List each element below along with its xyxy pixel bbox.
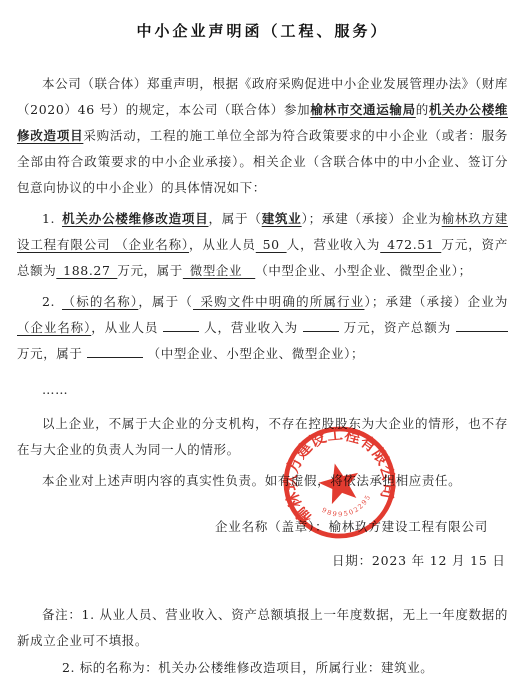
text-segment: 以上企业，不属于大企业的分支机构，不存在控股股东为大企业的情形，也不存在与大企业…: [17, 416, 508, 457]
no-big-enterprise-paragraph: 以上企业，不属于大企业的分支机构，不存在控股股东为大企业的情形，也不存在与大企业…: [17, 411, 508, 463]
intro-paragraph: 本公司（联合体）郑重声明，根据《政府采购促进中小企业发展管理办法》（财库（202…: [17, 71, 508, 201]
blank-field: [456, 320, 508, 332]
text-segment: （企业名称）: [17, 320, 91, 335]
text-segment: （中型企业、小型企业、微型企业）；: [255, 263, 471, 278]
text-segment: 榆林市交通运输局: [310, 102, 415, 117]
text-segment: ……: [42, 382, 68, 397]
text-segment: 188.27: [56, 263, 117, 278]
signature-date-line: 日期：2023 年 12 月 15 日: [17, 548, 508, 574]
signature-block: 企业名称（盖章）：榆林玖方建设工程有限公司 日期：2023 年 12 月 15 …: [17, 514, 508, 574]
text-segment: 万元，资产总额为: [339, 320, 456, 335]
text-segment: （中型企业、小型企业、微型企业）；: [143, 346, 364, 361]
text-segment: 人，营业收入为: [199, 320, 303, 335]
truthfulness-paragraph: 本企业对上述声明内容的真实性负责。如有虚假，将依法承担相应责任。: [17, 468, 508, 494]
text-segment: 的: [416, 102, 429, 117]
remark-1: 备注：1. 从业人员、营业收入、资产总额填报上一年度数据，无上一年度数据的新成立…: [17, 602, 508, 654]
text-segment: ，属于（: [209, 211, 262, 226]
text-segment: 微型企业: [183, 263, 255, 278]
text-segment: ）；承建（承接）企业为: [302, 211, 442, 226]
text-segment: 本企业对上述声明内容的真实性负责。如有虚假，将依法承担相应责任。: [42, 473, 461, 488]
text-segment: ，从业人员: [91, 320, 163, 335]
signature-company-line: 企业名称（盖章）：榆林玖方建设工程有限公司: [17, 514, 508, 540]
remark-2: 2. 标的名称为：机关办公楼维修改造项目，所属行业：建筑业。: [17, 655, 508, 676]
ellipsis-paragraph: ……: [17, 377, 508, 403]
text-segment: 2. 标的名称为：机关办公楼维修改造项目，所属行业：建筑业。: [62, 660, 433, 675]
item-2-paragraph: 2. （标的名称），属于（ 采购文件中明确的所属行业）；承建（承接）企业为（企业…: [17, 289, 508, 367]
text-segment: 万元，属于: [117, 263, 183, 278]
remarks: 备注：1. 从业人员、营业收入、资产总额填报上一年度数据，无上一年度数据的新成立…: [17, 602, 508, 676]
text-segment: 万元，属于: [17, 346, 87, 361]
text-segment: 50: [256, 237, 287, 252]
text-segment: 采购文件中明确的所属行业: [193, 294, 364, 309]
text-segment: 采购活动，工程的施工单位全部为符合政策要求的中小企业（或者：服务全部由符合政策要…: [17, 128, 508, 195]
blank-field: [87, 346, 143, 358]
text-segment: 472.51: [380, 237, 441, 252]
blank-field: [303, 320, 339, 332]
text-segment: 建筑业: [262, 211, 302, 226]
text-segment: 人，营业收入为: [287, 237, 381, 252]
text-segment: 2.: [42, 294, 62, 309]
blank-field: [163, 320, 199, 332]
text-segment: （标的名称）: [62, 294, 138, 309]
text-segment: ，从业人员: [189, 237, 256, 252]
text-segment: 机关办公楼维修改造项目: [62, 211, 209, 226]
text-segment: ）；承建（承接）企业为: [364, 294, 508, 309]
text-segment: ，属于（: [138, 294, 193, 309]
document-title: 中小企业声明函（工程、服务）: [17, 20, 508, 41]
text-segment: 1.: [42, 211, 62, 226]
document-page: 中小企业声明函（工程、服务） 本公司（联合体）郑重声明，根据《政府采购促进中小企…: [0, 0, 526, 676]
document-body: 本公司（联合体）郑重声明，根据《政府采购促进中小企业发展管理办法》（财库（202…: [17, 71, 508, 494]
text-segment: 备注：1. 从业人员、营业收入、资产总额填报上一年度数据，无上一年度数据的新成立…: [17, 607, 508, 648]
item-1-paragraph: 1. 机关办公楼维修改造项目，属于（建筑业）；承建（承接）企业为榆林玖方建设工程…: [17, 206, 508, 284]
